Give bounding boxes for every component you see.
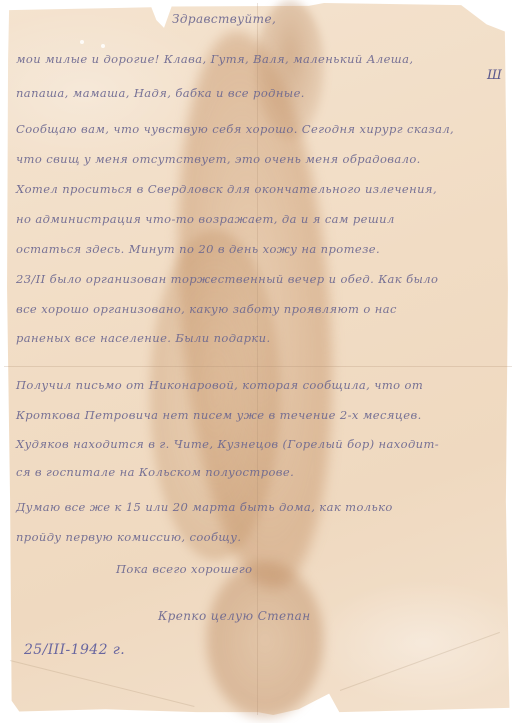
horizontal-fold-line: [4, 366, 512, 367]
letter-greeting: Здравствуйте,: [172, 12, 276, 26]
pin-hole: [101, 44, 105, 48]
letter-line: раненых все население. Были подарки.: [16, 331, 271, 345]
letter-line: 23/II было организован торжественный веч…: [16, 272, 438, 286]
letter-signature: Крепко целую Степан: [158, 609, 311, 623]
letter-line: папаша, мамаша, Надя, бабка и все родные…: [16, 86, 305, 100]
letter-line: остаться здесь. Минут по 20 в день хожу …: [16, 242, 380, 256]
letter-line: Получил письмо от Никонаровой, которая с…: [16, 378, 423, 392]
letter-date: 25/III-1942 г.: [24, 642, 125, 658]
pin-hole: [80, 40, 84, 44]
letter-line: Хотел проситься в Свердловск для окончат…: [16, 182, 437, 196]
letter-line: Худяков находится в г. Чите, Кузнецов (Г…: [16, 437, 439, 451]
letter-line: Сообщаю вам, что чувствую себя хорошо. С…: [16, 122, 454, 136]
letter-line: мои милые и дорогие! Клава, Гутя, Валя, …: [16, 52, 413, 66]
letter-line: Кроткова Петровича нет писем уже в течен…: [16, 408, 422, 422]
letter-line: все хорошо организовано, какую заботу пр…: [16, 302, 397, 316]
letter-line: что свищ у меня отсутствует, это очень м…: [16, 152, 421, 166]
letter-closing: Пока всего хорошего: [116, 562, 252, 576]
letter-line: ся в госпитале на Кольском полуострове.: [16, 465, 294, 479]
letter-line: Думаю все же к 15 или 20 марта быть дома…: [16, 500, 393, 514]
corner-mark: Ш: [487, 68, 502, 83]
letter-line: но администрация что-то возражает, да и …: [16, 212, 395, 226]
letter-line: пройду первую комиссию, сообщу.: [16, 530, 241, 544]
